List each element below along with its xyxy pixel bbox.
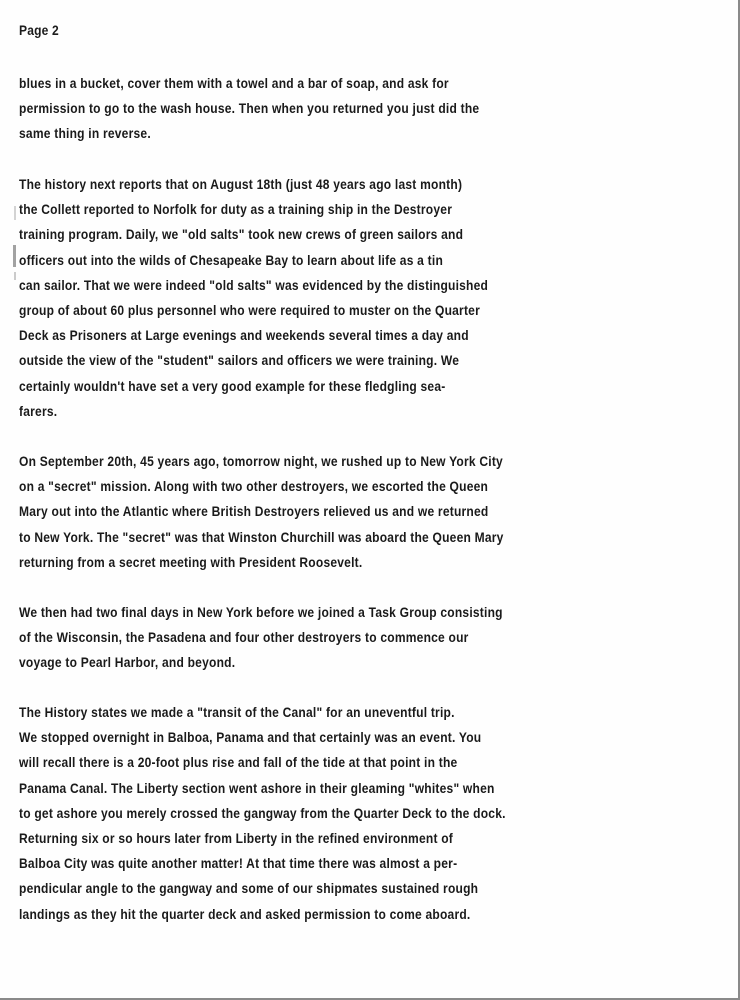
document-page: Page 2 blues in a bucket, cover them wit… <box>0 0 740 1000</box>
text-line: officers out into the wilds of Chesapeak… <box>19 248 488 273</box>
scan-artifact <box>14 206 16 220</box>
text-line: can sailor. That we were indeed "old sal… <box>19 273 488 298</box>
text-line: farers. <box>19 399 488 424</box>
text-line: group of about 60 plus personnel who wer… <box>19 298 488 323</box>
paragraph-3: On September 20th, 45 years ago, tomorro… <box>19 449 582 575</box>
text-line: the Collett reported to Norfolk for duty… <box>19 197 488 222</box>
text-line: same thing in reverse. <box>19 121 479 146</box>
text-line: Deck as Prisoners at Large evenings and … <box>19 323 488 348</box>
scan-artifact <box>14 272 16 280</box>
text-line: The history next reports that on August … <box>19 172 488 197</box>
text-line: certainly wouldn't have set a very good … <box>19 374 488 399</box>
text-line: outside the view of the "student" sailor… <box>19 348 488 373</box>
text-line: We then had two final days in New York b… <box>19 600 503 625</box>
text-line: training program. Daily, we "old salts" … <box>19 222 488 247</box>
text-line: On September 20th, 45 years ago, tomorro… <box>19 449 504 474</box>
text-line: pendicular angle to the gangway and some… <box>19 876 506 901</box>
text-line: Balboa City was quite another matter! At… <box>19 851 506 876</box>
text-line: of the Wisconsin, the Pasadena and four … <box>19 625 503 650</box>
paragraph-1: blues in a bucket, cover them with a tow… <box>19 71 554 147</box>
text-line: on a "secret" mission. Along with two ot… <box>19 474 504 499</box>
page-number: Page 2 <box>19 22 59 38</box>
text-line: We stopped overnight in Balboa, Panama a… <box>19 725 506 750</box>
text-line: Panama Canal. The Liberty section went a… <box>19 776 506 801</box>
text-line: permission to go to the wash house. Then… <box>19 96 479 121</box>
text-line: returning from a secret meeting with Pre… <box>19 550 504 575</box>
text-line: Mary out into the Atlantic where British… <box>19 499 504 524</box>
text-line: Returning six or so hours later from Lib… <box>19 826 506 851</box>
text-line: blues in a bucket, cover them with a tow… <box>19 71 479 96</box>
text-line: to get ashore you merely crossed the gan… <box>19 801 506 826</box>
text-line: The History states we made a "transit of… <box>19 700 506 725</box>
paragraph-5: The History states we made a "transit of… <box>19 700 585 927</box>
paragraph-4: We then had two final days in New York b… <box>19 600 581 676</box>
scan-artifact <box>13 245 16 267</box>
text-line: to New York. The "secret" was that Winst… <box>19 525 504 550</box>
text-line: voyage to Pearl Harbor, and beyond. <box>19 650 503 675</box>
paragraph-2: The history next reports that on August … <box>19 172 564 424</box>
text-line: will recall there is a 20-foot plus rise… <box>19 750 506 775</box>
text-line: landings as they hit the quarter deck an… <box>19 902 506 927</box>
